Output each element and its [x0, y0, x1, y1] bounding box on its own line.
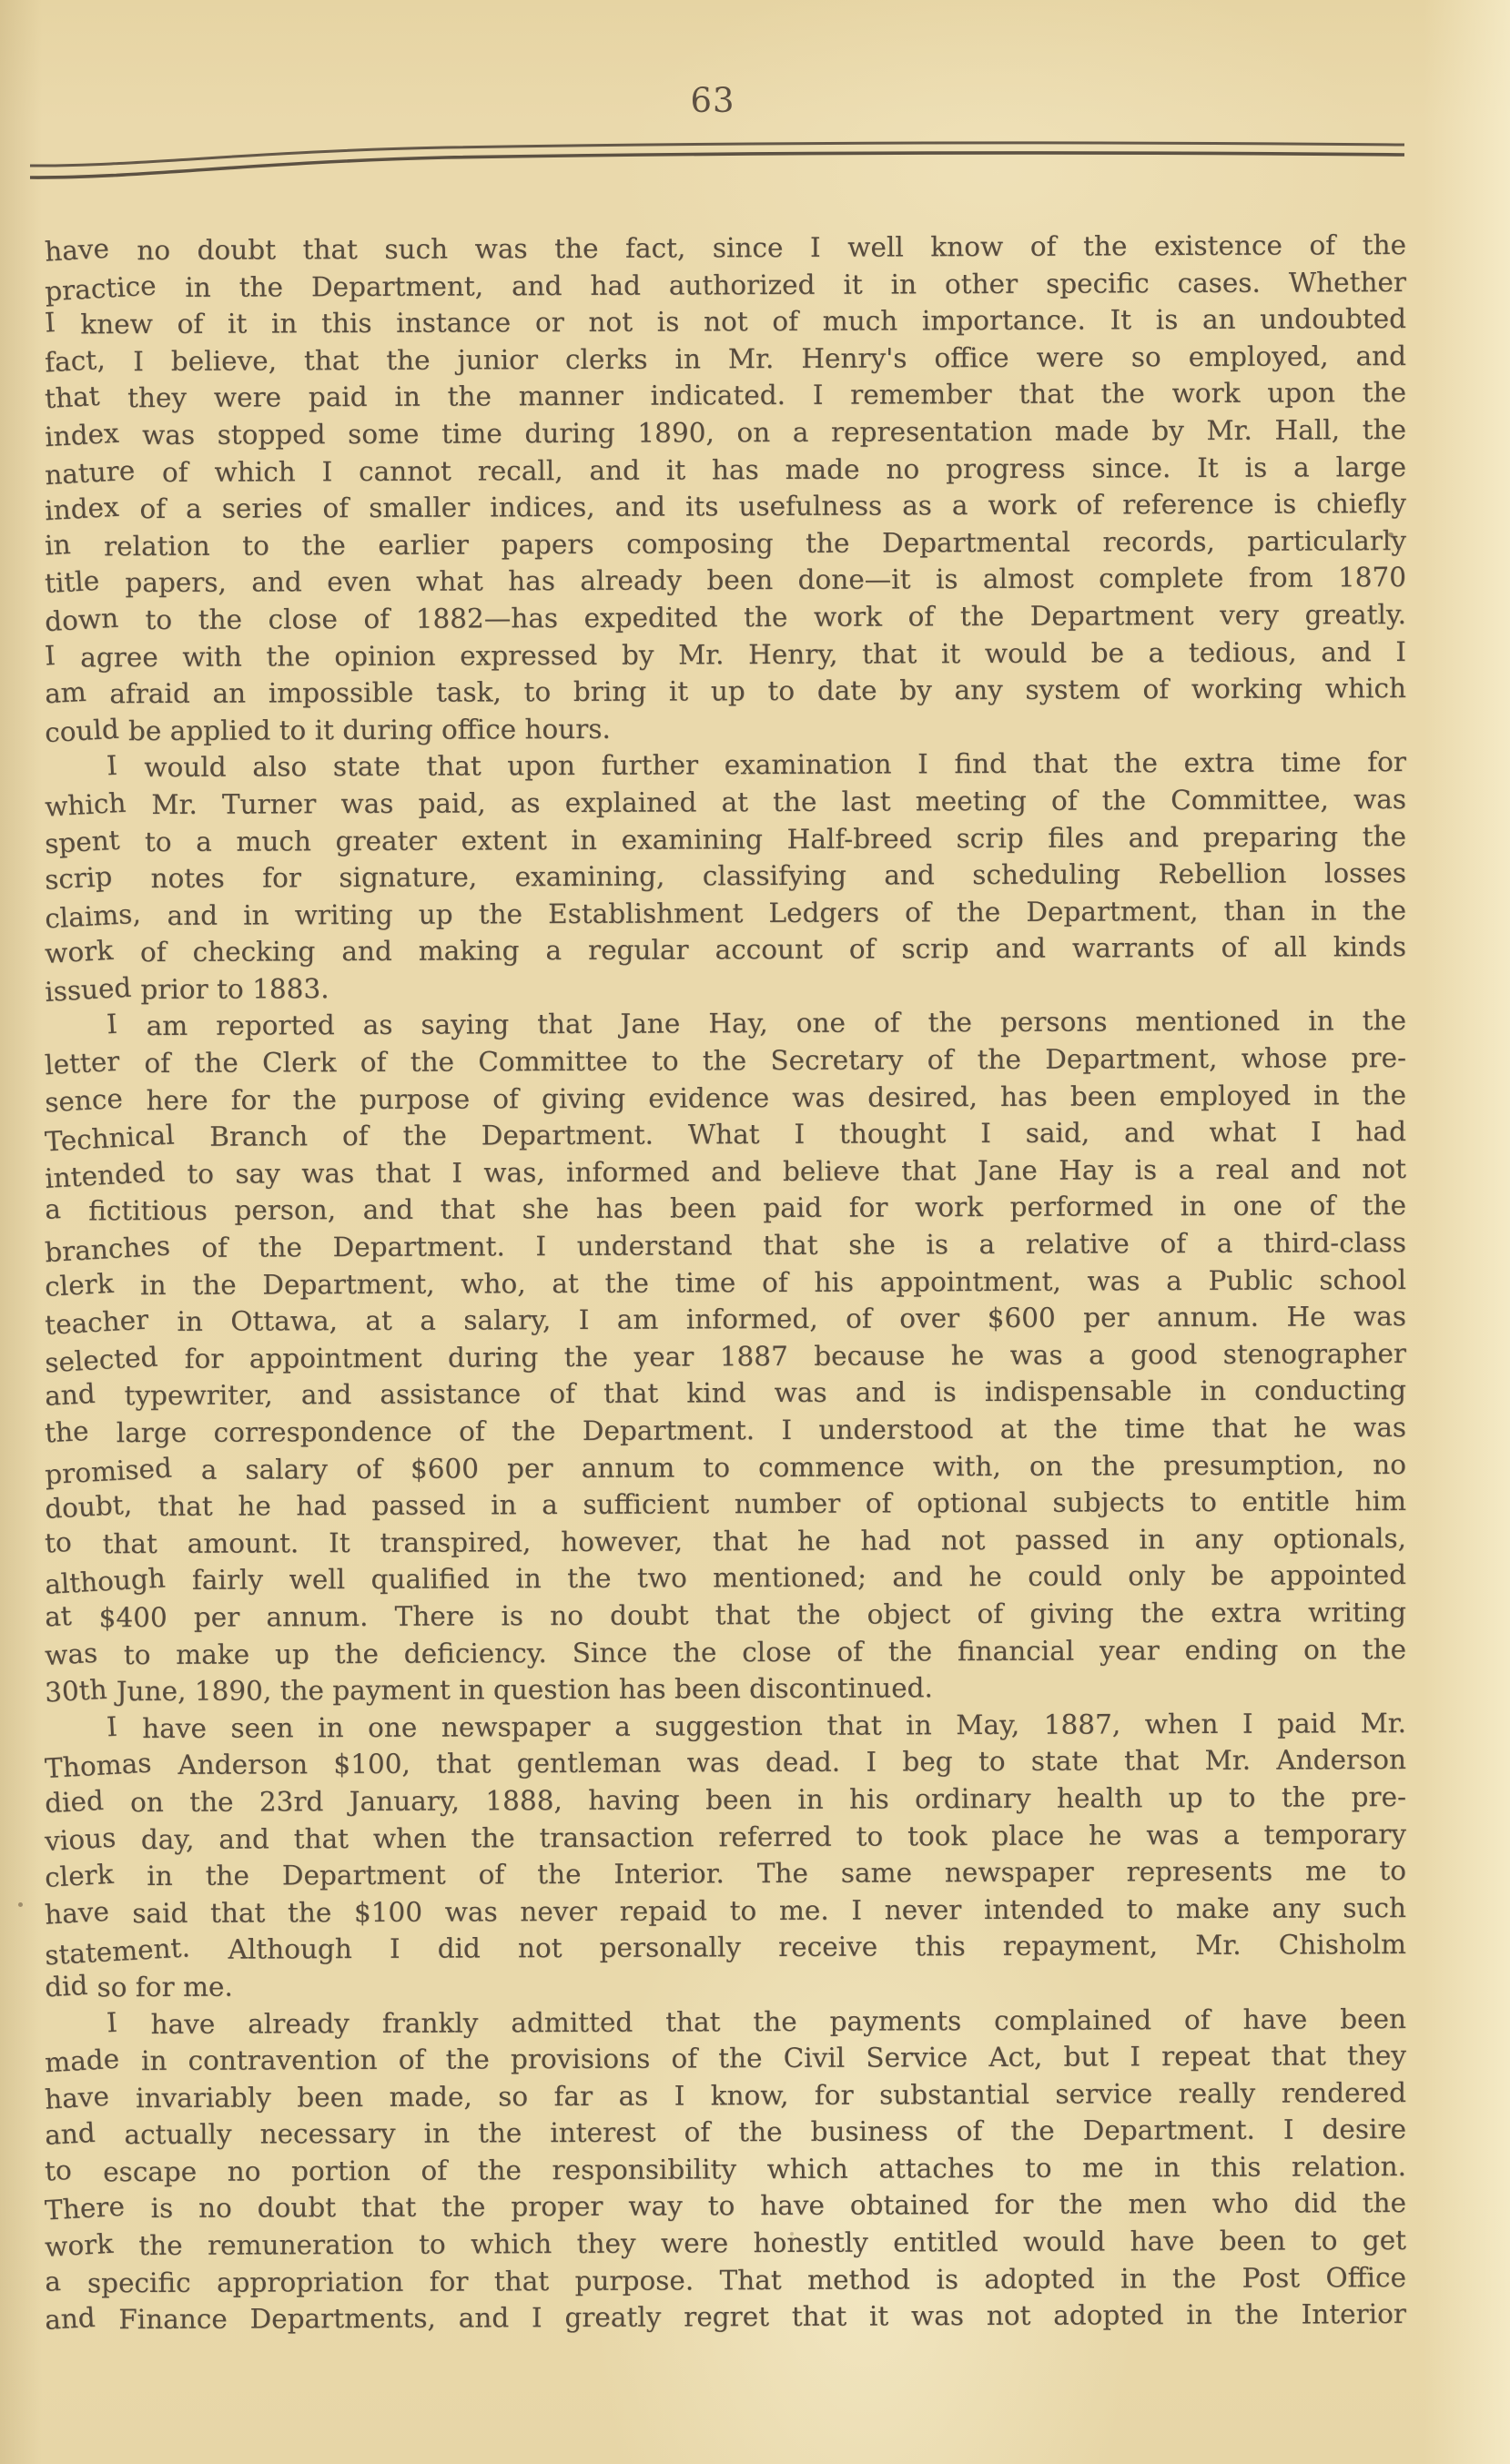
line-rest: typewriter, and assistance of that kind …: [96, 1374, 1406, 1411]
line-rest: have seen in one newspaper a suggestion …: [118, 1708, 1406, 1744]
page-number: 63: [0, 84, 1425, 117]
line-rest: to say was that I was, informed and beli…: [166, 1153, 1406, 1190]
line-rest: notes for signature, examining, classify…: [113, 857, 1406, 894]
text-line: intended to say was that I was, informed…: [46, 1151, 1406, 1193]
text-line: selected for appointment during the year…: [46, 1335, 1406, 1378]
text-line: letter of the Clerk of the Committee to …: [46, 1039, 1406, 1082]
text-line: I agree with the opinion expressed by Mr…: [46, 634, 1406, 676]
text-line: vious day, and that when the transaction…: [46, 1816, 1406, 1859]
line-first-word: in: [44, 526, 72, 564]
line-rest: Mr. Turner was paid, as explained at the…: [127, 784, 1406, 820]
line-rest: to make up the deficiency. Since the clo…: [98, 1634, 1406, 1670]
text-line: issued prior to 1883.: [46, 966, 1406, 1009]
text-line: down to the close of 1882—has expedited …: [46, 596, 1406, 639]
text-line: I knew of it in this instance or not is …: [46, 300, 1406, 343]
text-line: There is no doubt that the proper way to…: [46, 2185, 1406, 2227]
line-first-word: Thomas: [44, 1745, 152, 1788]
text-line: clerk in the Department, who, at the tim…: [46, 1262, 1406, 1304]
line-rest: they were paid in the manner indicated. …: [100, 377, 1406, 413]
line-first-word: I: [75, 2003, 118, 2043]
line-first-word: teacher: [44, 1302, 149, 1344]
text-line: clerk in the Department of the Interior.…: [46, 1852, 1406, 1895]
line-first-word: a: [44, 2263, 62, 2301]
line-first-word: a: [44, 1191, 62, 1229]
line-first-word: down: [44, 600, 119, 641]
text-line: Technical Branch of the Department. What…: [46, 1113, 1406, 1156]
line-rest: June, 1890, the payment in question has …: [107, 1672, 933, 1707]
line-rest: I believe, that the junior clerks in Mr.…: [106, 340, 1406, 377]
line-first-word: I: [44, 637, 56, 674]
line-first-word: made: [44, 2041, 120, 2082]
line-rest: Although I did not personally receive th…: [190, 1929, 1406, 1965]
text-line: have said that the $100 was never repaid…: [46, 1890, 1406, 1932]
line-first-word: I: [75, 747, 118, 786]
line-first-word: and: [44, 2114, 96, 2155]
line-first-word: I: [75, 1006, 118, 1045]
line-first-word: spent: [44, 821, 121, 862]
text-line: am afraid an impossible task, to bring i…: [46, 670, 1406, 713]
line-rest: so for me.: [88, 1972, 233, 2003]
line-first-word: to: [44, 1524, 73, 1562]
line-first-word: that: [44, 378, 101, 418]
text-line: branches of the Department. I understand…: [46, 1224, 1406, 1267]
line-first-word: letter: [44, 1043, 120, 1084]
text-line: teacher in Ottawa, at a salary, I am inf…: [46, 1298, 1406, 1341]
line-rest: was stopped some time during 1890, on a …: [119, 414, 1406, 451]
line-rest: that amount. It transpired, however, tha…: [73, 1523, 1407, 1559]
text-line: died on the 23rd January, 1888, having b…: [46, 1779, 1406, 1821]
line-first-word: was: [44, 1634, 98, 1674]
text-line: at $400 per annum. There is no doubt tha…: [46, 1594, 1406, 1637]
line-first-word: to: [44, 2152, 73, 2190]
line-rest: be applied to it during office hours.: [120, 714, 611, 746]
line-rest: actually necessary in the interest of th…: [96, 2114, 1406, 2150]
line-rest: to the close of 1882—has expedited the w…: [119, 599, 1406, 635]
line-first-word: which: [44, 785, 127, 826]
text-line: practice in the Department, and had auth…: [46, 264, 1406, 307]
line-rest: no doubt that such was the fact, since I…: [110, 229, 1406, 266]
line-rest: in the Department, who, at the time of h…: [114, 1264, 1406, 1301]
line-first-word: have: [44, 1892, 110, 1933]
line-rest: in the Department, and had authorized it…: [157, 267, 1406, 303]
text-line: I have already frankly admitted that the…: [46, 2001, 1406, 2043]
text-line: index was stopped some time during 1890,…: [46, 411, 1406, 454]
line-first-word: at: [44, 1597, 73, 1636]
text-line: scrip notes for signature, examining, cl…: [46, 855, 1406, 897]
line-first-word: issued: [44, 969, 132, 1011]
scanned-document-page: 63 have no doubt that such was the fact,…: [0, 0, 1510, 2464]
line-rest: invariably been made, so far as I know, …: [110, 2077, 1406, 2114]
text-line: which Mr. Turner was paid, as explained …: [46, 781, 1406, 824]
text-line: Thomas Anderson $100, that gentleman was…: [46, 1741, 1406, 1784]
text-line: promised a salary of $600 per annum to c…: [46, 1446, 1406, 1489]
text-line: 30th June, 1890, the payment in question…: [46, 1668, 1406, 1710]
line-rest: the remuneration to which they were hone…: [114, 2225, 1406, 2261]
line-rest: in contravention of the provisions of th…: [120, 2040, 1406, 2076]
text-line: doubt, that he had passed in a sufficien…: [46, 1483, 1406, 1526]
text-line: to that amount. It transpired, however, …: [46, 1520, 1406, 1563]
line-rest: relation to the earlier papers composing…: [71, 525, 1406, 562]
line-first-word: work: [44, 932, 114, 973]
line-rest: said that the $100 was never repaid to m…: [110, 1892, 1406, 1929]
line-rest: have already frankly admitted that the p…: [118, 2003, 1406, 2040]
text-line: a specific appropriation for that purpos…: [46, 2259, 1406, 2302]
line-first-word: There: [44, 2188, 126, 2230]
text-line: work of checking and making a regular ac…: [46, 928, 1406, 971]
line-rest: here for the purpose of giving evidence …: [124, 1080, 1407, 1116]
line-rest: fairly well qualified in the two mention…: [166, 1559, 1406, 1596]
paper-speck: [1375, 824, 1380, 827]
line-rest: Branch of the Department. What I thought…: [175, 1116, 1406, 1152]
text-line: I have seen in one newspaper a suggestio…: [46, 1705, 1406, 1748]
line-first-word: and: [44, 1375, 96, 1415]
text-line: made in contravention of the provisions …: [46, 2037, 1406, 2080]
text-line: could be applied to it during office hou…: [46, 707, 1406, 750]
line-first-word: practice: [44, 267, 157, 309]
line-first-word: fact,: [44, 341, 106, 381]
line-rest: papers, and even what has already been d…: [100, 562, 1406, 598]
text-line: I would also state that upon further exa…: [46, 744, 1406, 786]
line-rest: of a series of smaller indices, and its …: [119, 488, 1406, 524]
line-first-word: the: [44, 1413, 90, 1452]
line-first-word: doubt,: [44, 1486, 133, 1528]
line-first-word: 30th: [44, 1671, 108, 1711]
paper-speck: [790, 2232, 794, 2236]
text-line: was to make up the deficiency. Since the…: [46, 1631, 1406, 1674]
line-first-word: clerk: [44, 1264, 115, 1305]
text-line: and Finance Departments, and I greatly r…: [46, 2296, 1406, 2338]
paper-speck: [1388, 532, 1393, 537]
line-first-word: nature: [44, 451, 136, 493]
line-rest: knew of it in this instance or not is no…: [56, 303, 1406, 340]
line-first-word: could: [44, 710, 120, 751]
line-rest: would also state that upon further exami…: [118, 746, 1406, 783]
line-rest: Anderson $100, that gentleman was dead. …: [152, 1744, 1406, 1780]
text-line: and actually necessary in the interest o…: [46, 2111, 1406, 2154]
line-first-word: I: [75, 1708, 118, 1747]
line-rest: afraid an impossible task, to bring it u…: [87, 673, 1407, 709]
line-rest: that he had passed in a sufficient numbe…: [133, 1485, 1406, 1522]
line-rest: escape no portion of the responsibility …: [73, 2151, 1407, 2187]
line-first-word: scrip: [44, 858, 113, 899]
line-rest: a salary of $600 per annum to commence w…: [173, 1449, 1406, 1485]
text-line: have no doubt that such was the fact, si…: [46, 227, 1406, 269]
line-first-word: died: [44, 1782, 105, 1822]
double-rule: [27, 129, 1407, 188]
line-rest: and in writing up the Establishment Ledg…: [141, 895, 1406, 931]
line-rest: day, and that when the transaction refer…: [117, 1819, 1406, 1855]
line-rest: fictitious person, and that she has been…: [62, 1190, 1407, 1226]
line-rest: agree with the opinion expressed by Mr. …: [56, 636, 1406, 673]
line-first-word: clerk: [44, 1856, 115, 1897]
text-line: spent to a much greater extent in examin…: [46, 818, 1406, 861]
line-rest: for appointment during the year 1887 bec…: [158, 1338, 1406, 1374]
text-line: I am reported as saying that Jane Hay, o…: [46, 1002, 1406, 1045]
line-first-word: have: [44, 230, 110, 271]
line-rest: specific appropriation for that purpose.…: [62, 2262, 1407, 2298]
line-rest: to a much greater extent in examining Ha…: [120, 821, 1406, 857]
line-first-word: sence: [44, 1080, 124, 1120]
text-line: fact, I believe, that the junior clerks …: [46, 338, 1406, 380]
line-first-word: and: [44, 2299, 96, 2339]
text-line: sence here for the purpose of giving evi…: [46, 1077, 1406, 1120]
line-rest: $400 per annum. There is no doubt that t…: [72, 1597, 1406, 1633]
line-first-word: vious: [44, 1819, 117, 1860]
text-line: to escape no portion of the responsibili…: [46, 2148, 1406, 2191]
line-rest: large correspondence of the Department. …: [89, 1412, 1406, 1448]
text-line: claims, and in writing up the Establishm…: [46, 892, 1406, 935]
text-line: that they were paid in the manner indica…: [46, 374, 1406, 417]
line-first-word: did: [44, 1967, 88, 2006]
text-line: nature of which I cannot recall, and it …: [46, 449, 1406, 492]
text-line: and typewriter, and assistance of that k…: [46, 1372, 1406, 1415]
line-rest: on the 23rd January, 1888, having been i…: [105, 1781, 1406, 1818]
line-first-word: work: [44, 2226, 114, 2266]
line-rest: of which I cannot recall, and it has mad…: [136, 451, 1406, 488]
text-line: a fictitious person, and that she has be…: [46, 1187, 1406, 1230]
paper-speck: [18, 1902, 23, 1907]
text-line: statement. Although I did not personally…: [46, 1926, 1406, 1969]
text-line: although fairly well qualified in the tw…: [46, 1556, 1406, 1599]
line-rest: in the Department of the Interior. The s…: [114, 1855, 1406, 1891]
line-first-word: index: [44, 489, 120, 530]
line-first-word: title: [44, 563, 100, 603]
line-rest: prior to 1883.: [132, 973, 329, 1005]
text-line: have invariably been made, so far as I k…: [46, 2074, 1406, 2117]
line-first-word: I: [44, 304, 56, 341]
text-line: index of a series of smaller indices, an…: [46, 485, 1406, 528]
line-rest: am reported as saying that Jane Hay, one…: [118, 1005, 1406, 1041]
line-first-word: claims,: [44, 895, 142, 938]
text-line: in relation to the earlier papers compos…: [46, 522, 1406, 565]
line-rest: is no doubt that the proper way to have …: [126, 2187, 1406, 2224]
line-rest: of the Department. I understand that she…: [171, 1227, 1406, 1263]
line-first-word: am: [44, 674, 87, 713]
text-line: work the remuneration to which they were…: [46, 2222, 1406, 2265]
testimony-text: have no doubt that such was the fact, si…: [46, 227, 1406, 2333]
line-rest: of the Clerk of the Committee to the Sec…: [120, 1042, 1406, 1079]
text-line: the large correspondence of the Departme…: [46, 1409, 1406, 1452]
line-rest: of checking and making a regular account…: [114, 931, 1406, 968]
line-rest: Finance Departments, and I greatly regre…: [96, 2298, 1406, 2335]
line-first-word: selected: [44, 1338, 158, 1382]
line-first-word: index: [44, 415, 120, 456]
line-first-word: intended: [44, 1153, 166, 1197]
line-rest: in Ottawa, at a salary, I am informed, o…: [149, 1301, 1406, 1337]
line-first-word: have: [44, 2077, 110, 2118]
text-line: did so for me.: [46, 1963, 1406, 2006]
text-line: title papers, and even what has already …: [46, 559, 1406, 602]
